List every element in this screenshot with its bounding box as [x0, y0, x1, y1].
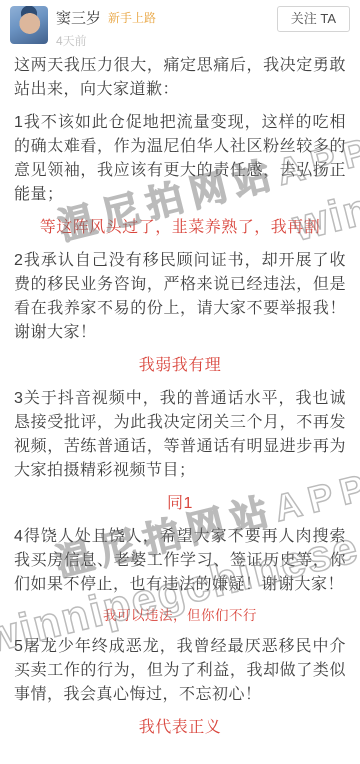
user-level-badge: 新手上路 [108, 9, 156, 26]
post-paragraph: 5屠龙少年终成恶龙，我曾经最厌恶移民中介买卖工作的行为，但为了利益，我却做了类似… [14, 635, 346, 707]
post-header: 窦三岁 新手上路 4天前 关注 TA [0, 0, 360, 50]
highlight-comment: 我弱我有理 [14, 354, 346, 378]
highlight-comment: 等这阵风头过了，韭菜养熟了，我再割 [14, 216, 346, 240]
username[interactable]: 窦三岁 [56, 7, 101, 28]
highlight-comment: 我代表正义 [14, 716, 346, 740]
post-content: 这两天我压力很大，痛定思痛后，我决定勇敢站出来，向大家道歉： 1我不该如此仓促地… [0, 50, 360, 740]
user-meta: 窦三岁 新手上路 4天前 [56, 7, 156, 49]
highlight-comment: 同1 [14, 492, 346, 516]
post-paragraph: 这两天我压力很大，痛定思痛后，我决定勇敢站出来，向大家道歉： [14, 54, 346, 102]
user-avatar[interactable] [10, 6, 48, 44]
follow-button[interactable]: 关注 TA [277, 6, 350, 32]
post-paragraph: 3关于抖音视频中，我的普通话水平，我也诚恳接受批评，为此我决定闭关三个月，不再发… [14, 387, 346, 483]
post-paragraph: 1我不该如此仓促地把流量变现，这样的吃相的确太难看，作为温尼伯华人社区粉丝较多的… [14, 111, 346, 207]
post-timestamp: 4天前 [56, 32, 156, 49]
highlight-comment: 我可以违法，但你们不行 [14, 606, 346, 626]
post-paragraph: 4得饶人处且饶人，希望大家不要再人肉搜索我买房信息、老婆工作学习、签证历史等，你… [14, 525, 346, 597]
post-page: 窦三岁 新手上路 4天前 关注 TA 这两天我压力很大，痛定思痛后，我决定勇敢站… [0, 0, 360, 764]
post-paragraph: 2我承认自己没有移民顾问证书，却开展了收费的移民业务咨询，严格来说已经违法，但是… [14, 249, 346, 345]
